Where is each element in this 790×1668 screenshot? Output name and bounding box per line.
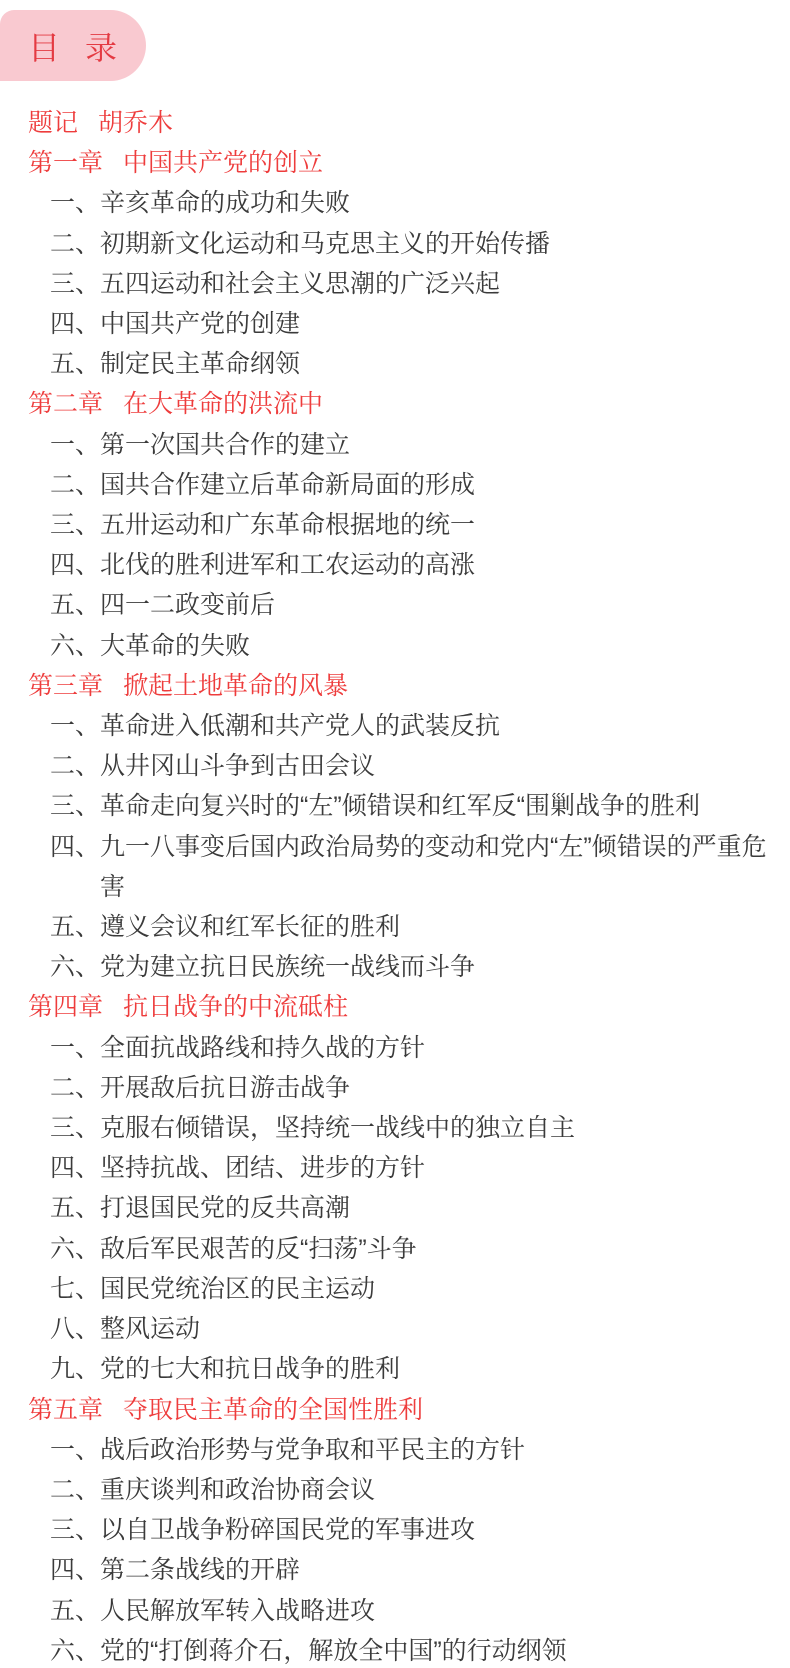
item-title: 国民党统治区的民主运动 <box>100 1269 770 1309</box>
item-title: 整风运动 <box>100 1309 770 1349</box>
item-number-label: 八、 <box>50 1309 100 1349</box>
item-title: 人民解放军转入战略进攻 <box>100 1591 770 1631</box>
item-title: 党的七大和抗日战争的胜利 <box>100 1349 770 1389</box>
toc-item[interactable]: 六、 党为建立抗日民族统一战线而斗争 <box>0 947 790 987</box>
preface-label: 题记 <box>28 103 78 143</box>
item-number-label: 五、 <box>50 585 100 625</box>
item-title: 五卅运动和广东革命根据地的统一 <box>100 505 770 545</box>
item-number-label: 四、 <box>50 304 100 344</box>
item-title: 坚持抗战、团结、进步的方针 <box>100 1148 770 1188</box>
chapter-title: 在大革命的洪流中 <box>123 384 323 424</box>
item-title: 全面抗战路线和持久战的方针 <box>100 1028 770 1068</box>
chapter-number-label: 第四章 <box>28 987 103 1027</box>
toc-item[interactable]: 五、 遵义会议和红军长征的胜利 <box>0 907 790 947</box>
chapter-heading[interactable]: 第二章 在大革命的洪流中 <box>0 384 790 424</box>
item-title: 制定民主革命纲领 <box>100 344 770 384</box>
item-title: 革命进入低潮和共产党人的武装反抗 <box>100 706 770 746</box>
item-title: 第一次国共合作的建立 <box>100 425 770 465</box>
toc-item[interactable]: 六、 党的“打倒蒋介石，解放全中国”的行动纲领 <box>0 1631 790 1668</box>
item-number-label: 一、 <box>50 183 100 223</box>
toc-item[interactable]: 二、 重庆谈判和政治协商会议 <box>0 1470 790 1510</box>
item-number-label: 一、 <box>50 1430 100 1470</box>
item-number-label: 一、 <box>50 1028 100 1068</box>
item-title: 初期新文化运动和马克思主义的开始传播 <box>100 224 770 264</box>
item-title: 克服右倾错误，坚持统一战线中的独立自主 <box>100 1108 770 1148</box>
chapter-heading[interactable]: 第一章 中国共产党的创立 <box>0 143 790 183</box>
item-title: 九一八事变后国内政治局势的变动和党内“左”倾错误的严重危害 <box>100 827 770 907</box>
item-number-label: 三、 <box>50 264 100 304</box>
toc-item[interactable]: 四、 北伐的胜利进军和工农运动的高涨 <box>0 545 790 585</box>
item-title: 遵义会议和红军长征的胜利 <box>100 907 770 947</box>
toc-badge: 目 录 <box>0 10 146 81</box>
chapter-title: 夺取民主革命的全国性胜利 <box>123 1390 423 1430</box>
item-title: 党为建立抗日民族统一战线而斗争 <box>100 947 770 987</box>
toc-item[interactable]: 五、 打退国民党的反共高潮 <box>0 1188 790 1228</box>
item-number-label: 二、 <box>50 746 100 786</box>
item-title: 敌后军民艰苦的反“扫荡”斗争 <box>100 1229 770 1269</box>
item-number-label: 四、 <box>50 545 100 585</box>
chapter-heading[interactable]: 第三章 掀起土地革命的风暴 <box>0 666 790 706</box>
item-title: 战后政治形势与党争取和平民主的方针 <box>100 1430 770 1470</box>
item-title: 打退国民党的反共高潮 <box>100 1188 770 1228</box>
item-title: 开展敌后抗日游击战争 <box>100 1068 770 1108</box>
item-number-label: 七、 <box>50 1269 100 1309</box>
item-title: 辛亥革命的成功和失败 <box>100 183 770 223</box>
item-number-label: 五、 <box>50 344 100 384</box>
toc-item[interactable]: 七、 国民党统治区的民主运动 <box>0 1269 790 1309</box>
toc-item[interactable]: 一、 全面抗战路线和持久战的方针 <box>0 1028 790 1068</box>
item-number-label: 二、 <box>50 1068 100 1108</box>
item-number-label: 三、 <box>50 1510 100 1550</box>
item-number-label: 三、 <box>50 505 100 545</box>
item-number-label: 五、 <box>50 1188 100 1228</box>
item-title: 国共合作建立后革命新局面的形成 <box>100 465 770 505</box>
toc-item[interactable]: 八、 整风运动 <box>0 1309 790 1349</box>
item-number-label: 六、 <box>50 1631 100 1668</box>
toc-item[interactable]: 三、 革命走向复兴时的“左”倾错误和红军反“围剿战争的胜利 <box>0 786 790 826</box>
chapter-heading[interactable]: 第五章 夺取民主革命的全国性胜利 <box>0 1390 790 1430</box>
item-title: 党的“打倒蒋介石，解放全中国”的行动纲领 <box>100 1631 770 1668</box>
chapter-title: 抗日战争的中流砥柱 <box>123 987 348 1027</box>
toc-item[interactable]: 四、 坚持抗战、团结、进步的方针 <box>0 1148 790 1188</box>
toc-item[interactable]: 二、 初期新文化运动和马克思主义的开始传播 <box>0 224 790 264</box>
toc-item[interactable]: 三、 克服右倾错误，坚持统一战线中的独立自主 <box>0 1108 790 1148</box>
chapter-number-label: 第三章 <box>28 666 103 706</box>
item-title: 中国共产党的创建 <box>100 304 770 344</box>
toc-item[interactable]: 三、 以自卫战争粉碎国民党的军事进攻 <box>0 1510 790 1550</box>
item-title: 第二条战线的开辟 <box>100 1550 770 1590</box>
item-number-label: 四、 <box>50 1550 100 1590</box>
item-number-label: 四、 <box>50 1148 100 1188</box>
preface-entry[interactable]: 题记 胡乔木 <box>0 103 790 143</box>
toc-page: 目 录 题记 胡乔木 第一章 中国共产党的创立 一、 辛亥革命的成功和失败 二、… <box>0 10 790 1668</box>
toc-list: 题记 胡乔木 第一章 中国共产党的创立 一、 辛亥革命的成功和失败 二、 初期新… <box>0 103 790 1668</box>
chapter-title: 掀起土地革命的风暴 <box>123 666 348 706</box>
toc-item[interactable]: 二、 从井冈山斗争到古田会议 <box>0 746 790 786</box>
item-number-label: 一、 <box>50 425 100 465</box>
toc-item[interactable]: 六、 敌后军民艰苦的反“扫荡”斗争 <box>0 1229 790 1269</box>
item-number-label: 二、 <box>50 465 100 505</box>
toc-item[interactable]: 四、 第二条战线的开辟 <box>0 1550 790 1590</box>
toc-item[interactable]: 四、 中国共产党的创建 <box>0 304 790 344</box>
toc-item[interactable]: 一、 辛亥革命的成功和失败 <box>0 183 790 223</box>
toc-item[interactable]: 五、 四一二政变前后 <box>0 585 790 625</box>
item-title: 从井冈山斗争到古田会议 <box>100 746 770 786</box>
toc-badge-label: 目 录 <box>28 23 118 69</box>
toc-item[interactable]: 五、 制定民主革命纲领 <box>0 344 790 384</box>
item-number-label: 四、 <box>50 827 100 907</box>
toc-item[interactable]: 六、 大革命的失败 <box>0 626 790 666</box>
item-number-label: 五、 <box>50 1591 100 1631</box>
toc-item[interactable]: 二、 开展敌后抗日游击战争 <box>0 1068 790 1108</box>
item-title: 以自卫战争粉碎国民党的军事进攻 <box>100 1510 770 1550</box>
chapter-heading[interactable]: 第四章 抗日战争的中流砥柱 <box>0 987 790 1027</box>
chapter-number-label: 第二章 <box>28 384 103 424</box>
item-title: 大革命的失败 <box>100 626 770 666</box>
chapter-number-label: 第五章 <box>28 1390 103 1430</box>
preface-author: 胡乔木 <box>98 103 173 143</box>
item-number-label: 二、 <box>50 1470 100 1510</box>
toc-item[interactable]: 二、 国共合作建立后革命新局面的形成 <box>0 465 790 505</box>
toc-item[interactable]: 五、 人民解放军转入战略进攻 <box>0 1591 790 1631</box>
item-number-label: 三、 <box>50 786 100 826</box>
item-number-label: 九、 <box>50 1349 100 1389</box>
item-title: 四一二政变前后 <box>100 585 770 625</box>
item-number-label: 六、 <box>50 626 100 666</box>
chapter-number-label: 第一章 <box>28 143 103 183</box>
item-number-label: 六、 <box>50 947 100 987</box>
item-number-label: 六、 <box>50 1229 100 1269</box>
item-title: 五四运动和社会主义思潮的广泛兴起 <box>100 264 770 304</box>
item-number-label: 一、 <box>50 706 100 746</box>
chapter-title: 中国共产党的创立 <box>123 143 323 183</box>
toc-item[interactable]: 三、 五卅运动和广东革命根据地的统一 <box>0 505 790 545</box>
item-number-label: 三、 <box>50 1108 100 1148</box>
toc-item[interactable]: 一、 第一次国共合作的建立 <box>0 425 790 465</box>
item-number-label: 五、 <box>50 907 100 947</box>
item-title: 重庆谈判和政治协商会议 <box>100 1470 770 1510</box>
item-title: 革命走向复兴时的“左”倾错误和红军反“围剿战争的胜利 <box>100 786 770 826</box>
toc-item[interactable]: 四、 九一八事变后国内政治局势的变动和党内“左”倾错误的严重危害 <box>0 827 790 907</box>
toc-item[interactable]: 三、 五四运动和社会主义思潮的广泛兴起 <box>0 264 790 304</box>
item-title: 北伐的胜利进军和工农运动的高涨 <box>100 545 770 585</box>
toc-item[interactable]: 一、 战后政治形势与党争取和平民主的方针 <box>0 1430 790 1470</box>
toc-item[interactable]: 九、 党的七大和抗日战争的胜利 <box>0 1349 790 1389</box>
toc-item[interactable]: 一、 革命进入低潮和共产党人的武装反抗 <box>0 706 790 746</box>
item-number-label: 二、 <box>50 224 100 264</box>
